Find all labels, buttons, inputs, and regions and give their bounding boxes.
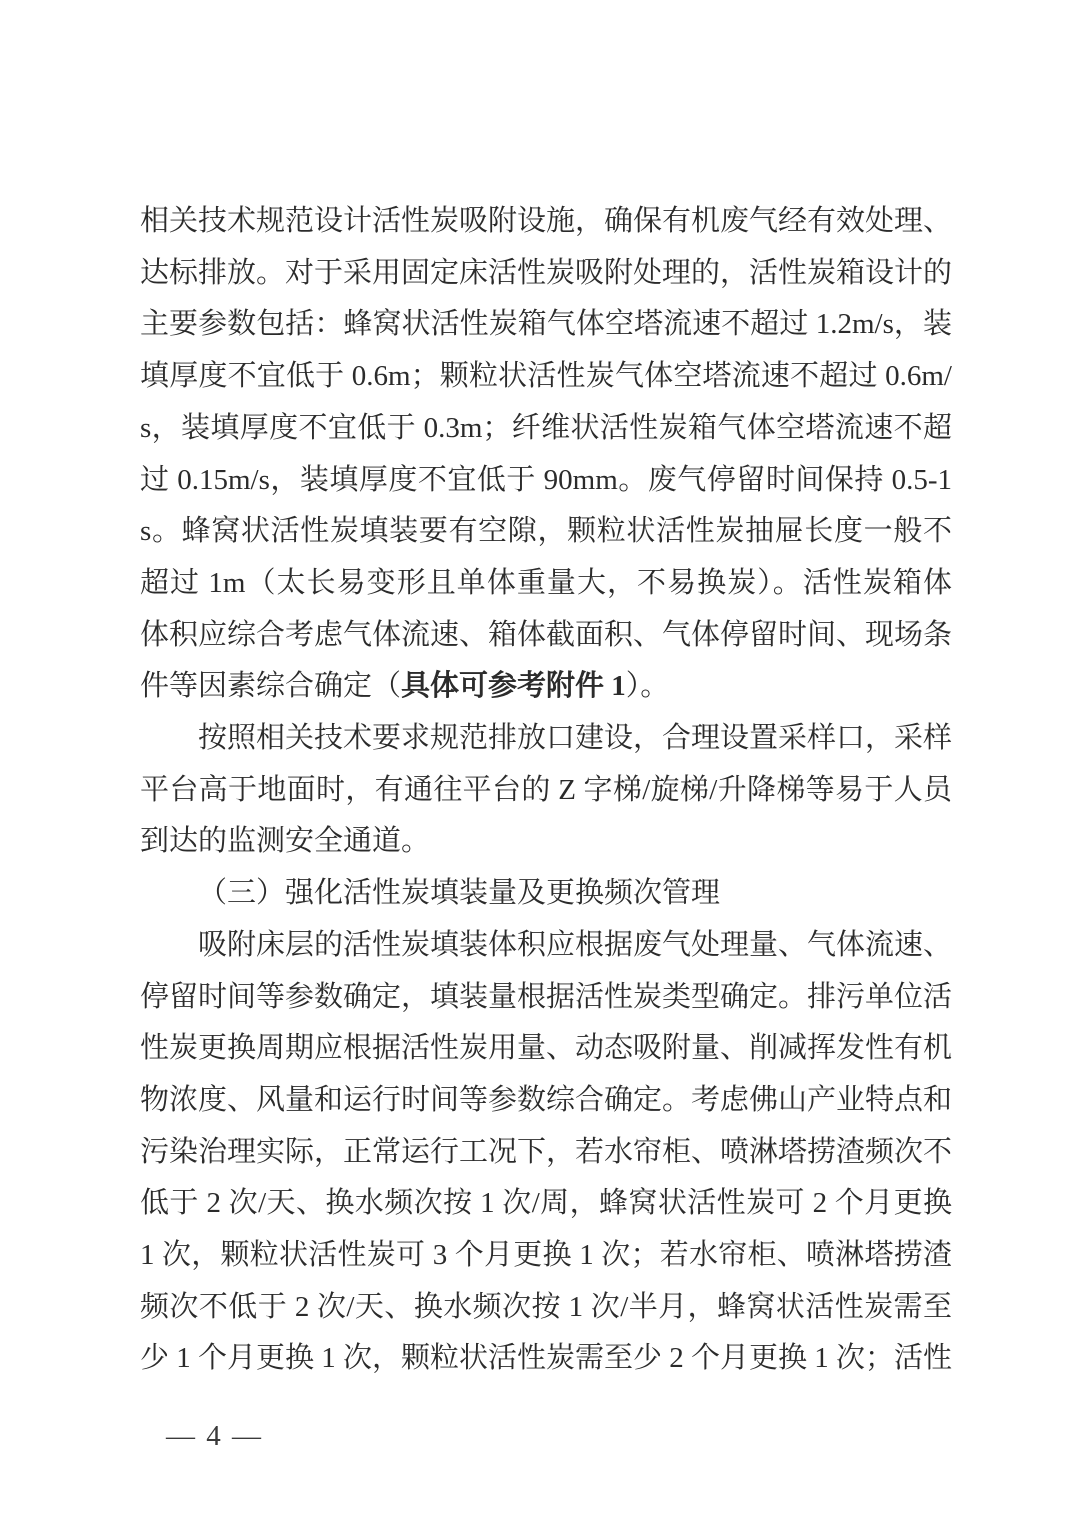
paragraph-text: ）。 — [626, 670, 670, 702]
section-heading-three: （三）强化活性炭填装量及更换频次管理 — [140, 868, 952, 920]
paragraph-outlet-sampling: 按照相关技术要求规范排放口建设，合理设置采样口，采样平台高于地面时，有通往平台的… — [140, 713, 952, 868]
paragraph-text: 相关技术规范设计活性炭吸附设施，确保有机废气经有效处理、达标排放。对于采用固定床… — [140, 205, 952, 702]
bold-attachment-reference: 具体可参考附件 1 — [401, 670, 626, 702]
paragraph-carbon-box-design: 相关技术规范设计活性炭吸附设施，确保有机废气经有效处理、达标排放。对于采用固定床… — [140, 196, 952, 713]
document-page: 相关技术规范设计活性炭吸附设施，确保有机废气经有效处理、达标排放。对于采用固定床… — [0, 0, 1080, 1527]
document-body: 相关技术规范设计活性炭吸附设施，确保有机废气经有效处理、达标排放。对于采用固定床… — [140, 196, 952, 1385]
paragraph-carbon-replacement-frequency: 吸附床层的活性炭填装体积应根据废气处理量、气体流速、停留时间等参数确定，填装量根… — [140, 920, 952, 1385]
page-footer: — 4 — — [166, 1420, 263, 1453]
page-number: — 4 — — [166, 1420, 263, 1452]
